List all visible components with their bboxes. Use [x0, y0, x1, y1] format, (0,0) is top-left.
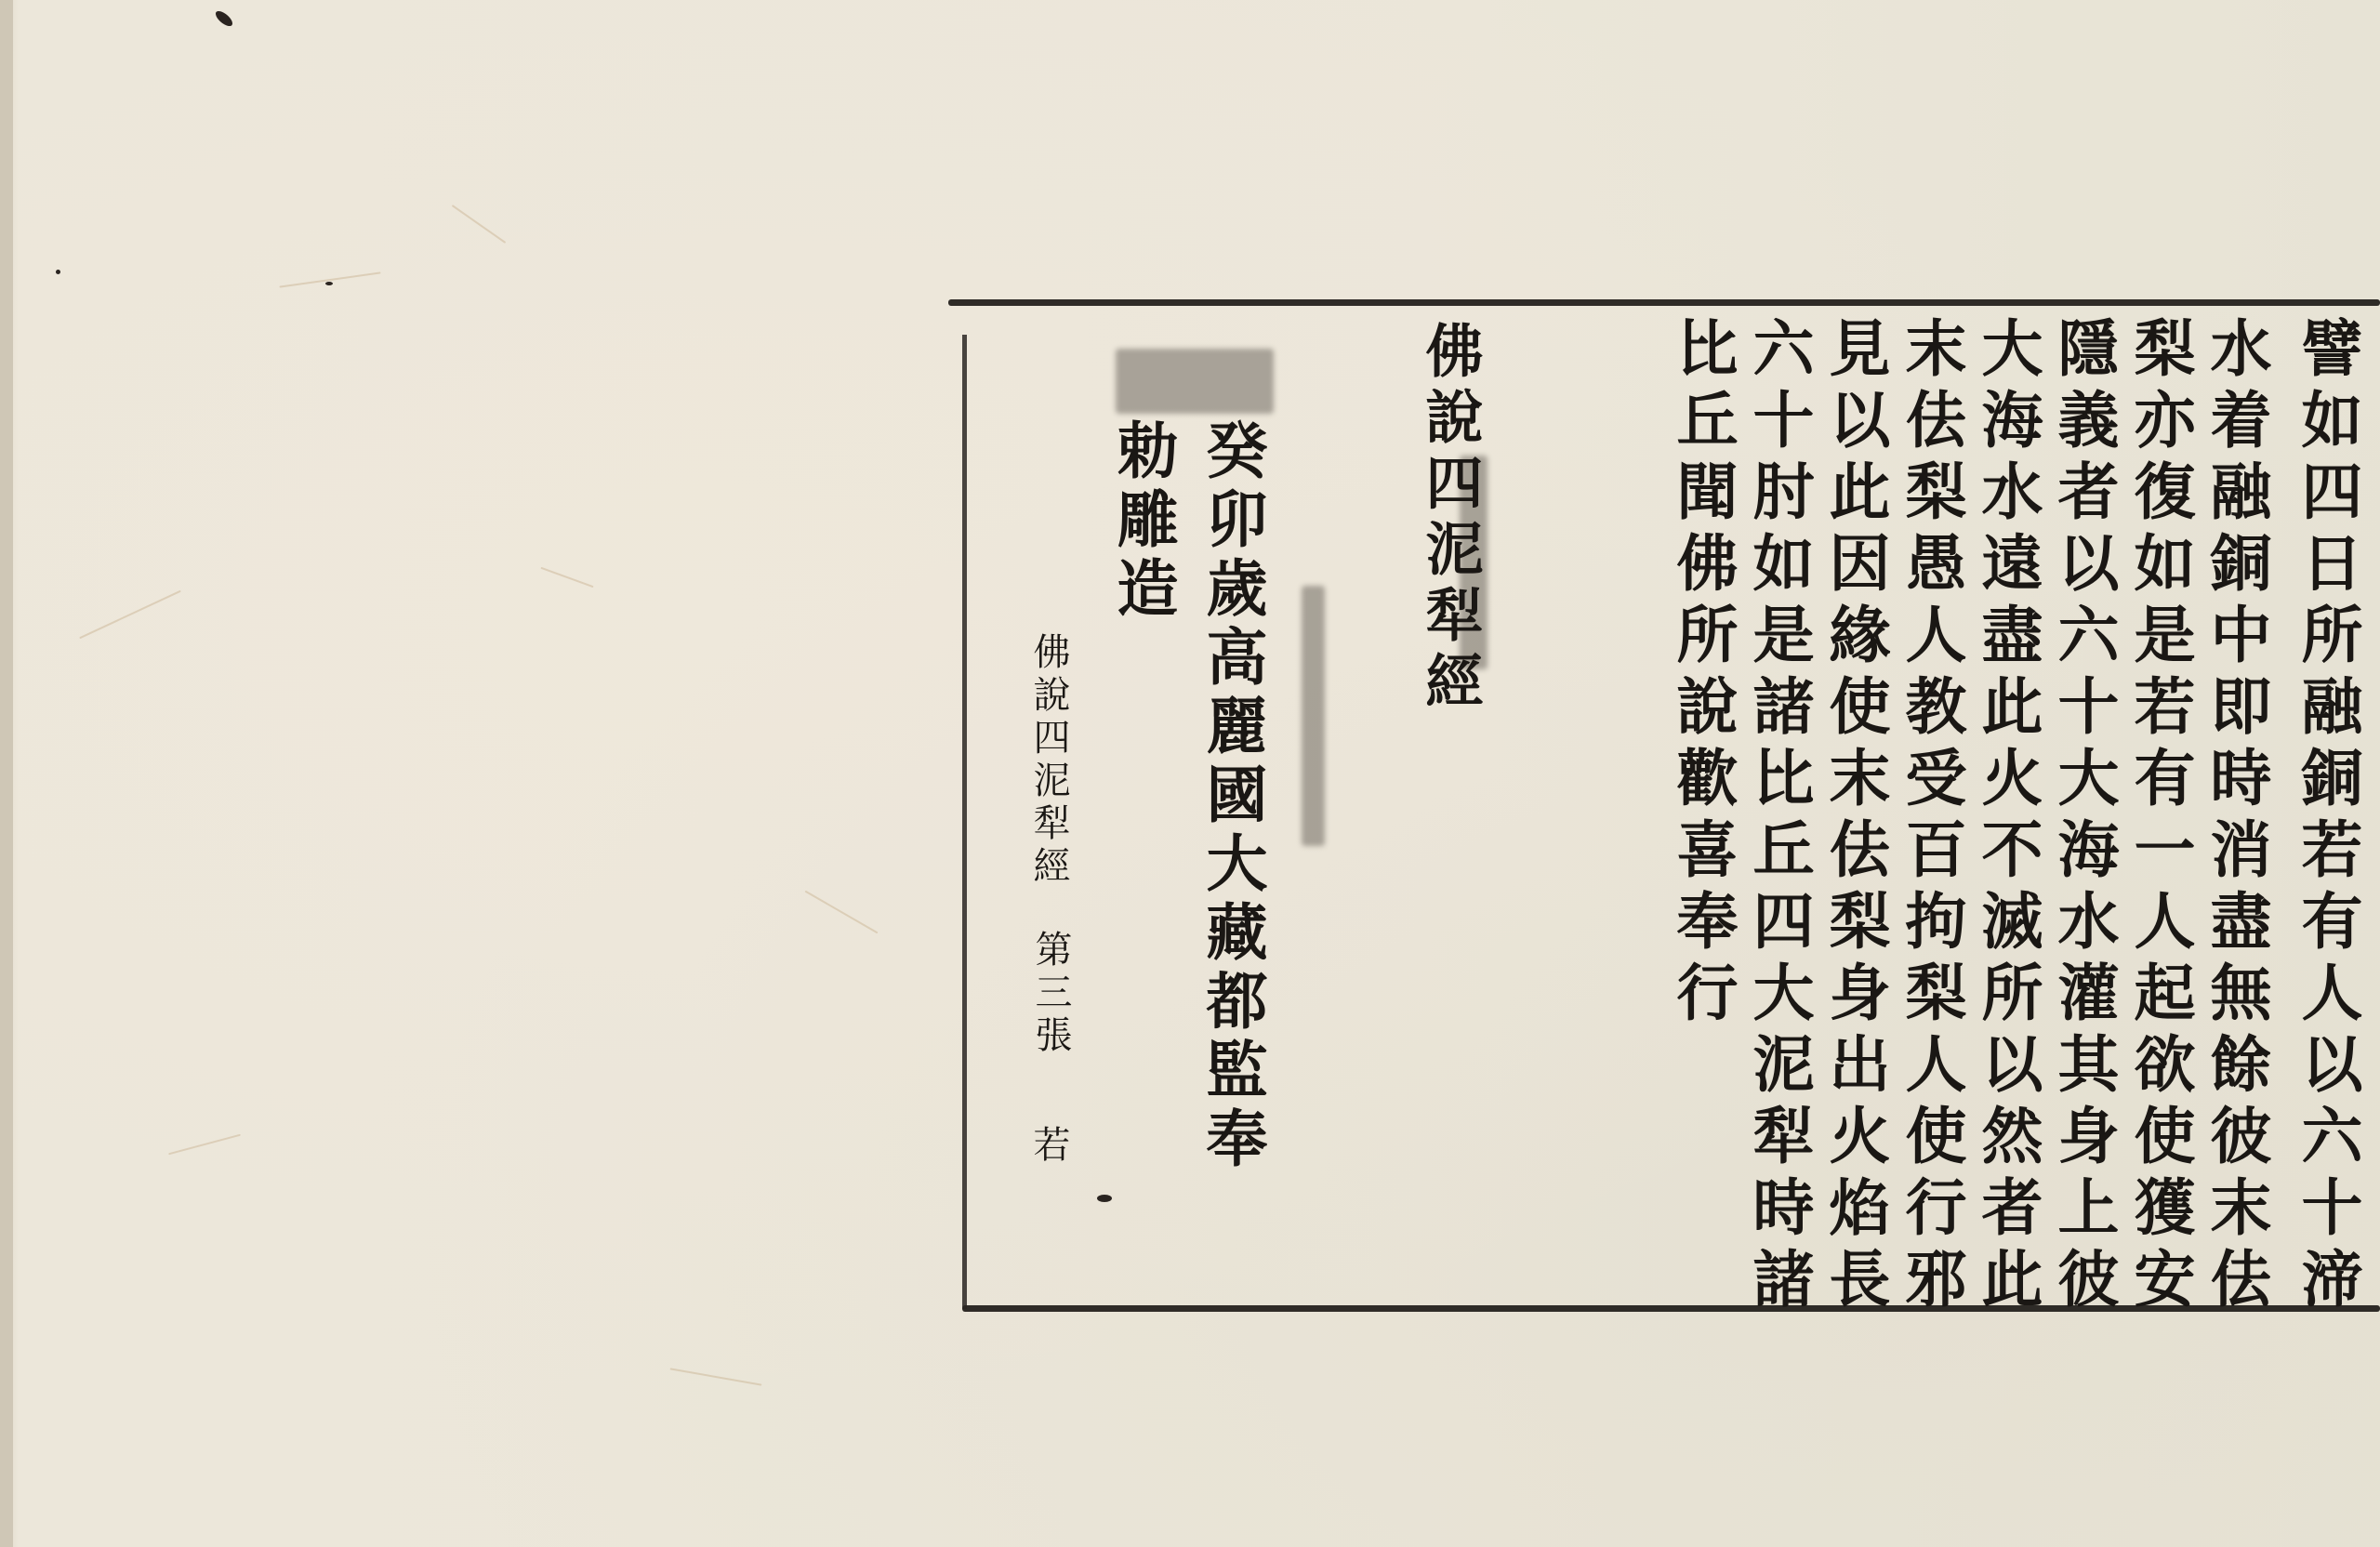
margin-page-number: 第三張	[1032, 930, 1069, 1058]
body-column-3: 梨亦復如是若有一人起欲使獲安	[2129, 316, 2190, 1318]
margin-sutra-title: 佛說四泥犁經	[1030, 632, 1067, 889]
body-column-8: 六十肘如是諸比丘四大泥犁時諸	[1748, 316, 1809, 1318]
body-column-9: 比丘聞佛所說歡喜奉行	[1672, 316, 1733, 1032]
body-column-6: 末佉梨愚人教受百拘梨人使行邪	[1900, 316, 1962, 1318]
ink-speck	[56, 270, 60, 274]
page-edge	[0, 0, 13, 1547]
body-column-4: 隱義者以六十大海水灌其身上彼	[2053, 316, 2114, 1318]
frame-left-border	[962, 335, 967, 1309]
body-column-1: 譬如四日所融銅若有人以六十渧	[2296, 316, 2358, 1318]
ink-speck	[1097, 1195, 1112, 1202]
body-column-7: 見以此因緣使末佉梨身出火焰長	[1824, 316, 1885, 1318]
frame-top-border	[948, 299, 2380, 306]
colophon-line-2: 勅雕造	[1112, 418, 1173, 625]
body-column-2: 水着融銅中即時消盡無餘彼末佉	[2205, 316, 2267, 1318]
body-column-5: 大海水遠盡此火不滅所以然者此	[1977, 316, 2038, 1318]
ink-speck	[325, 282, 333, 285]
sutra-title: 佛說四泥犁經	[1421, 321, 1478, 717]
colophon-line-1: 癸卯歲高麗國大藏都監奉	[1201, 418, 1263, 1175]
ink-smudge	[1302, 586, 1325, 846]
margin-mark: 若	[1030, 1125, 1067, 1168]
ink-smudge	[1116, 349, 1274, 414]
